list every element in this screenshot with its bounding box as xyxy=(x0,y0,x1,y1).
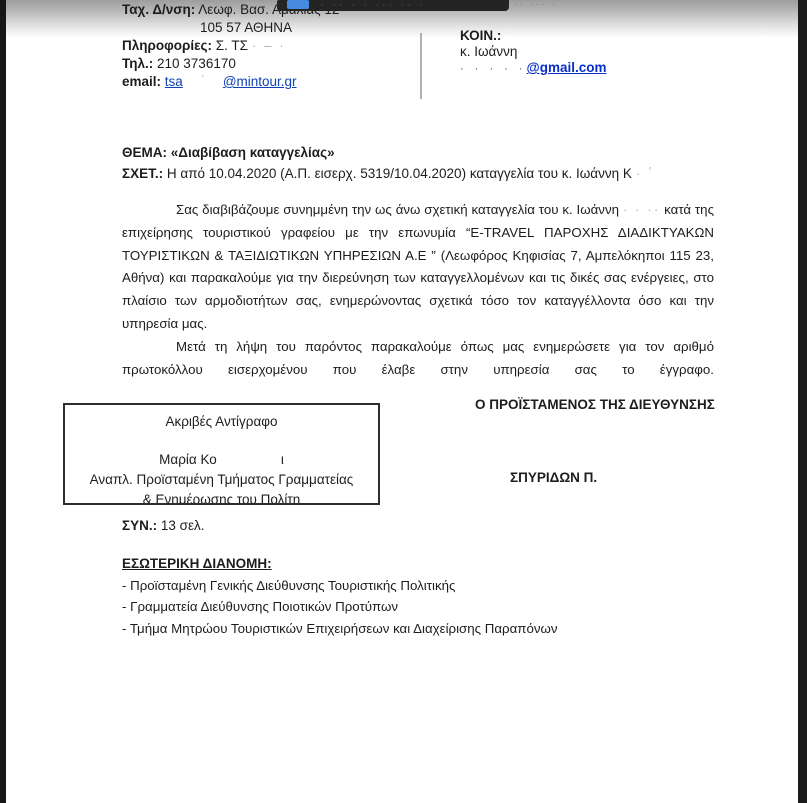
thema-label: ΘΕΜΑ: xyxy=(122,145,167,160)
letter-body: Σας διαβιβάζουμε συνημμένη την ως άνω σχ… xyxy=(122,199,714,381)
thema-line: ΘΕΜΑ: «Διαβίβαση καταγγελίας» xyxy=(122,145,335,161)
para1-text-before: Σας διαβιβάζουμε συνημμένη την ως άνω σχ… xyxy=(176,202,619,217)
cc-email-line: · · · · ·@gmail.com xyxy=(460,60,606,77)
para1-redaction: · · ·· xyxy=(623,202,660,217)
para1-text-after: κατά της επιχείρησης τουριστικού γραφείο… xyxy=(122,202,714,331)
sender-info-line: Πληροφορίες: Σ. ΤΣ · – · xyxy=(122,38,286,54)
email-label: email: xyxy=(122,74,161,89)
certifier-name-line: Μαρία Κοι xyxy=(65,451,378,468)
certified-copy-box: Ακριβές Αντίγραφο Μαρία Κοι Αναπλ. Προϊσ… xyxy=(63,403,380,505)
info-label: Πληροφορίες: xyxy=(122,38,212,53)
scanned-document-page: · ·· · · ··· ·· · ·· ··· · Ταχ. Δ/νση: Λ… xyxy=(0,0,807,803)
sender-email-line: email: tsa΄@mintour.gr xyxy=(122,74,297,90)
sxet-redaction: · ΄ xyxy=(636,166,655,181)
thema-value: «Διαβίβαση καταγγελίας» xyxy=(171,145,335,160)
cc-label: ΚΟΙΝ.: xyxy=(460,28,501,43)
cc-recipient-line: κ. Ιωάννη xyxy=(460,44,517,60)
phone-label: Τηλ.: xyxy=(122,56,153,71)
paragraph-1: Σας διαβιβάζουμε συνημμένη την ως άνω σχ… xyxy=(122,199,714,336)
internal-distribution-list: - Προϊσταμένη Γενικής Διεύθυνσης Τουριστ… xyxy=(122,575,558,639)
address-label: Ταχ. Δ/νση: xyxy=(122,2,195,17)
paragraph-2: Μετά τη λήψη του παρόντος παρακαλούμε όπ… xyxy=(122,336,714,382)
cc-recipient: κ. Ιωάννη xyxy=(460,44,517,59)
attachments-value: 13 σελ. xyxy=(161,518,205,533)
phone-value: 210 3736170 xyxy=(157,56,236,71)
sxet-value: Η από 10.04.2020 (Α.Π. εισερχ. 5319/10.0… xyxy=(167,166,632,181)
sender-email-user-link[interactable]: tsa xyxy=(165,74,183,89)
cc-redaction: · · · · · xyxy=(460,63,527,75)
certifier-role-line1: Αναπλ. Προϊσταμένη Τμήματος Γραμματείας xyxy=(65,471,378,488)
scan-line-artifact xyxy=(420,33,422,99)
email-redaction: ΄ xyxy=(183,74,223,90)
attachments-label: ΣΥΝ.: xyxy=(122,518,157,533)
cc-email-link[interactable]: @gmail.com xyxy=(527,60,607,75)
sender-city-line: 105 57 ΑΘΗΝΑ xyxy=(200,20,292,36)
toolbar-app-icon[interactable] xyxy=(287,0,309,9)
attachments-line: ΣΥΝ.: 13 σελ. xyxy=(122,518,205,534)
sender-phone-line: Τηλ.: 210 3736170 xyxy=(122,56,236,72)
internal-distribution-item: - Προϊσταμένη Γενικής Διεύθυνσης Τουριστ… xyxy=(122,575,558,596)
sxet-label: ΣΧΕΤ.: xyxy=(122,166,163,181)
certifier-role-line2: & Ενημέρωσης του Πολίτη xyxy=(65,491,378,505)
sender-email-domain-link[interactable]: @mintour.gr xyxy=(223,74,297,89)
clipped-toolbar: · ·· · · ··· ·· · xyxy=(277,0,509,11)
address-city: 105 57 ΑΘΗΝΑ xyxy=(200,20,292,35)
signatory-title: Ο ΠΡΟΪΣΤΑΜΕΝΟΣ ΤΗΣ ΔΙΕΥΘΥΝΣΗΣ xyxy=(475,397,715,413)
certified-copy-label: Ακριβές Αντίγραφο xyxy=(65,413,378,430)
info-value: Σ. ΤΣ xyxy=(216,38,248,53)
certifier-name-tail: ι xyxy=(281,452,284,467)
scan-left-edge xyxy=(0,0,6,803)
internal-distribution-item: - Γραμματεία Διεύθυνσης Ποιοτικών Προτύπ… xyxy=(122,596,558,617)
internal-distribution-heading: ΕΣΩΤΕΡΙΚΗ ΔΙΑΝΟΜΗ: xyxy=(122,556,272,572)
internal-distribution-item: - Τμήμα Μητρώου Τουριστικών Επιχειρήσεων… xyxy=(122,618,558,639)
scan-right-edge xyxy=(798,0,807,803)
sxet-line: ΣΧΕΤ.: Η από 10.04.2020 (Α.Π. εισερχ. 53… xyxy=(122,166,654,182)
toolbar-tail-artifact: ·· ··· · xyxy=(514,0,558,10)
signatory-name: ΣΠΥΡΙΔΩΝ Π. xyxy=(510,470,597,486)
toolbar-faint-marks: · ·· · · ··· ·· · xyxy=(321,0,426,11)
info-redaction: · – · xyxy=(252,38,286,53)
certifier-name: Μαρία Κο xyxy=(159,452,217,467)
cc-label-line: ΚΟΙΝ.: xyxy=(460,28,501,44)
